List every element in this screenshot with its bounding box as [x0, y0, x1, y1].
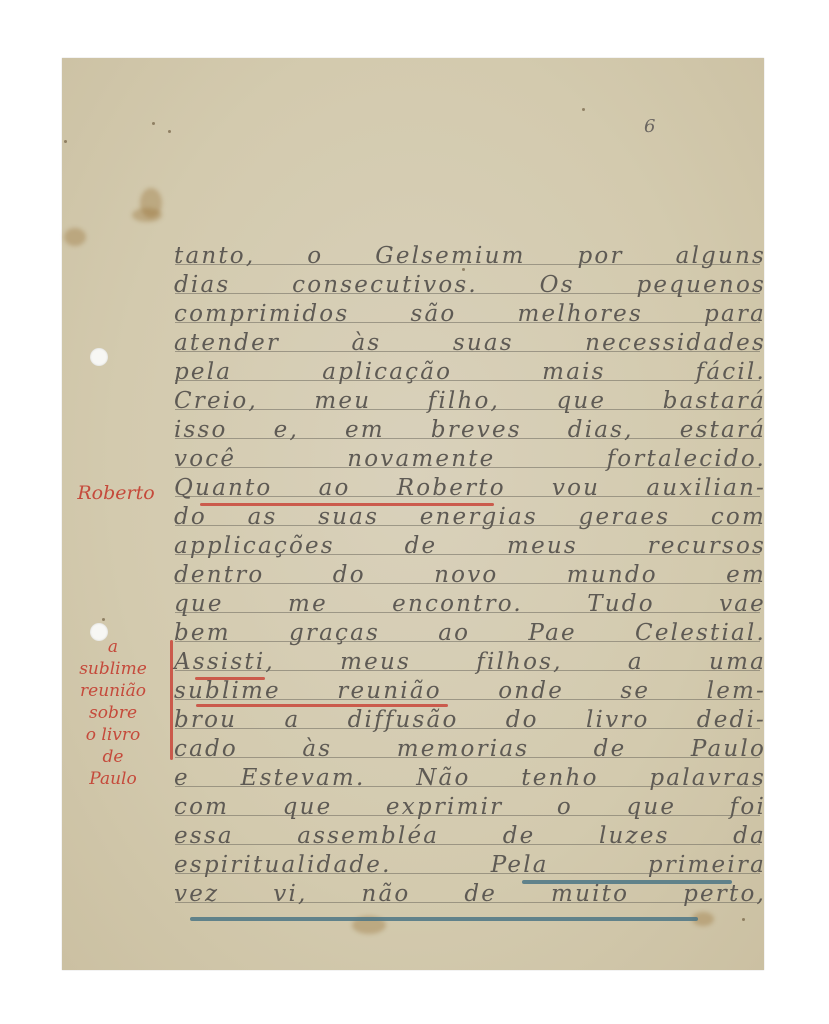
text-line: com que exprimir o que foi [174, 793, 766, 822]
text-line: sublime reunião onde se lem- [174, 677, 766, 706]
text-line: cado às memorias de Paulo [174, 735, 766, 764]
text-line: que me encontro. Tudo vae [174, 590, 766, 619]
blue-underline-last-line [190, 917, 698, 921]
text-line: brou a diffusão do livro dedi- [174, 706, 766, 735]
margin-note-line: a [72, 636, 154, 658]
text-line: Quanto ao Roberto vou auxilian- [174, 474, 766, 503]
stain [132, 208, 162, 222]
text-line: Creio, meu filho, que bastará [174, 387, 766, 416]
speck [102, 618, 105, 621]
speck [168, 130, 171, 133]
page-number: 6 [644, 116, 655, 137]
red-underline-assisti [195, 677, 265, 680]
text-line: do as suas energias geraes com [174, 503, 766, 532]
text-line: comprimidos são melhores para [174, 300, 766, 329]
text-line: atender às suas necessidades [174, 329, 766, 358]
text-line: você novamente fortalecido. [174, 445, 766, 474]
binder-hole [90, 348, 108, 366]
text-line: essa assembléa de luzes da [174, 822, 766, 851]
red-margin-bracket [170, 640, 173, 760]
text-line: dias consecutivos. Os pequenos [174, 271, 766, 300]
text-line: isso e, em breves dias, estará [174, 416, 766, 445]
stain [64, 228, 86, 246]
text-line: pela aplicação mais fácil. [174, 358, 766, 387]
text-line: tanto, o Gelsemium por alguns [174, 242, 766, 271]
margin-note-line: Paulo [72, 768, 154, 790]
margin-note-line: de [72, 746, 154, 768]
blue-underline-pela-primeira [522, 880, 732, 884]
margin-note-line: sublime [72, 658, 154, 680]
manuscript-page: 6 tanto, o Gelsemium por alguns dias con… [62, 58, 764, 970]
speck [742, 918, 745, 921]
text-line: vez vi, não de muito perto, [174, 880, 766, 909]
speck [152, 122, 155, 125]
text-line: applicações de meus recursos [174, 532, 766, 561]
red-underline-sublime-reuniao [196, 704, 448, 707]
text-line: e Estevam. Não tenho palavras [174, 764, 766, 793]
speck [64, 140, 67, 143]
margin-note-line: o livro [72, 724, 154, 746]
text-line: espiritualidade. Pela primeira [174, 851, 766, 880]
text-line: Assisti, meus filhos, a uma [174, 648, 766, 677]
margin-note-roberto: Roberto [76, 482, 156, 504]
margin-note-line: reunião [72, 680, 154, 702]
margin-note-line: sobre [72, 702, 154, 724]
red-underline-roberto [200, 503, 494, 506]
text-line: bem graças ao Pae Celestial. [174, 619, 766, 648]
text-line: dentro do novo mundo em [174, 561, 766, 590]
margin-note-reuniao: a sublime reunião sobre o livro de Paulo [72, 636, 154, 790]
speck [582, 108, 585, 111]
